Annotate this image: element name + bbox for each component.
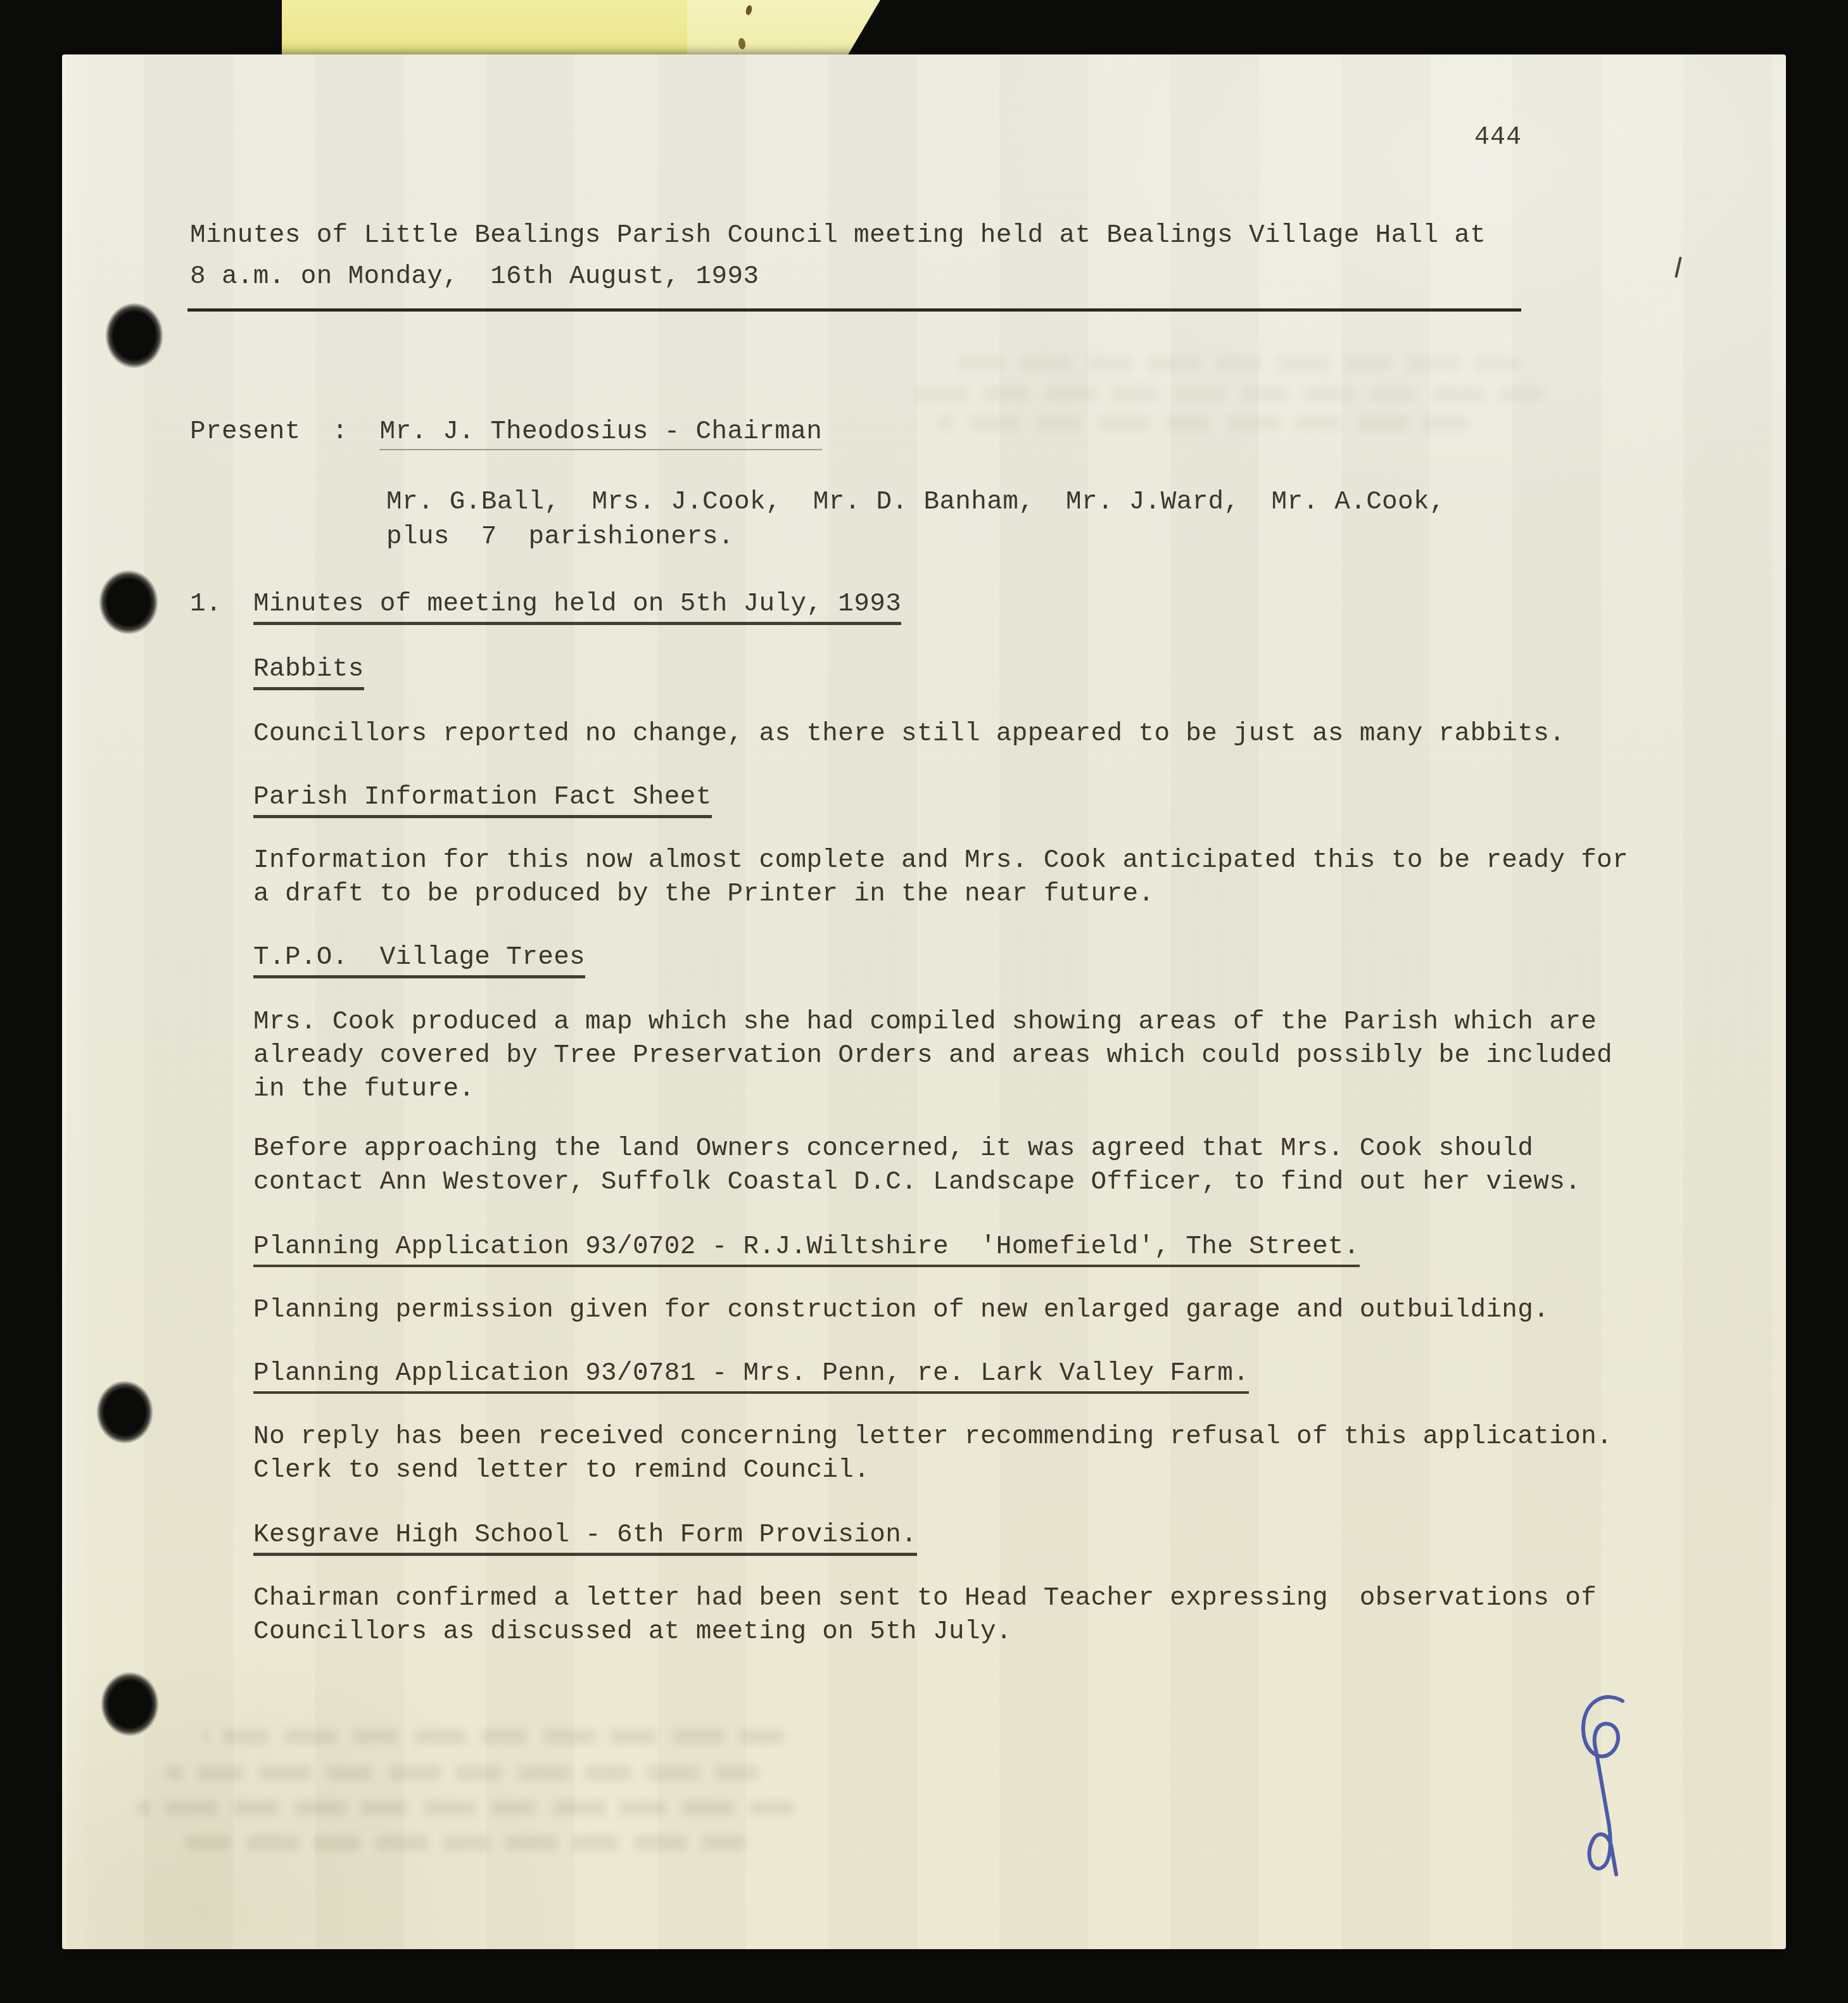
page-number: 444 bbox=[1474, 125, 1522, 151]
section-heading-text: Planning Application 93/0702 - R.J.Wilts… bbox=[253, 1234, 1360, 1267]
hole-punch-2 bbox=[99, 570, 158, 635]
chairman-name: Mr. J. Theodosius - Chairman bbox=[379, 419, 822, 450]
item-heading: Minutes of meeting held on 5th July, 199… bbox=[253, 591, 901, 625]
bleedthrough-line bbox=[184, 1835, 747, 1850]
signature-ink bbox=[1559, 1690, 1645, 1880]
body-line: Chairman confirmed a letter had been sen… bbox=[253, 1586, 1597, 1612]
body-line: Information for this now almost complete… bbox=[253, 848, 1628, 874]
item-heading-text: Minutes of meeting held on 5th July, 199… bbox=[253, 591, 901, 625]
body-line: contact Ann Westover, Suffolk Coastal D.… bbox=[253, 1170, 1581, 1196]
body-line: Councillors as discussed at meeting on 5… bbox=[253, 1619, 1012, 1645]
section-heading-planning-0781: Planning Application 93/0781 - Mrs. Penn… bbox=[253, 1361, 1249, 1394]
section-heading-text: Planning Application 93/0781 - Mrs. Penn… bbox=[253, 1361, 1249, 1394]
body-line: already covered by Tree Preservation Ord… bbox=[253, 1043, 1612, 1069]
document-page: 444 Minutes of Little Bealings Parish Co… bbox=[62, 54, 1786, 1949]
document-title-line-1: Minutes of Little Bealings Parish Counci… bbox=[190, 223, 1486, 249]
bleedthrough-line bbox=[937, 415, 1469, 431]
attendees-line-1: Mr. G.Ball, Mrs. J.Cook, Mr. D. Banham, … bbox=[386, 490, 1445, 515]
section-heading-text: Parish Information Fact Sheet bbox=[253, 785, 712, 818]
item-number: 1. bbox=[190, 591, 222, 617]
body-line: Mrs. Cook produced a map which she had c… bbox=[253, 1009, 1597, 1035]
section-heading-text: Kesgrave High School - 6th Form Provisio… bbox=[253, 1522, 917, 1556]
bleedthrough-line bbox=[203, 1729, 785, 1744]
body-line: Councillors reported no change, as there… bbox=[253, 721, 1565, 747]
attendees-line-2: plus 7 parishioners. bbox=[386, 524, 734, 550]
scanned-document: 444 Minutes of Little Bealings Parish Co… bbox=[0, 0, 1848, 2003]
body-line: No reply has been received concerning le… bbox=[253, 1424, 1612, 1450]
section-heading-text: T.P.O. Village Trees bbox=[253, 945, 585, 978]
present-label: Present : bbox=[190, 417, 379, 446]
body-line: Before approaching the land Owners conce… bbox=[253, 1136, 1533, 1162]
body-line: a draft to be produced by the Printer in… bbox=[253, 881, 1154, 907]
bleedthrough-line bbox=[912, 386, 1545, 401]
document-title-line-2: 8 a.m. on Monday, 16th August, 1993 bbox=[190, 264, 759, 290]
section-heading-fact-sheet: Parish Information Fact Sheet bbox=[253, 785, 712, 818]
hole-punch-3 bbox=[96, 1381, 153, 1444]
bleedthrough-line bbox=[950, 356, 1520, 371]
body-line: Planning permission given for constructi… bbox=[253, 1298, 1549, 1324]
body-line: in the future. bbox=[253, 1077, 474, 1103]
sticky-note bbox=[282, 0, 703, 56]
bleedthrough-line bbox=[136, 1800, 795, 1816]
section-heading-text: Rabbits bbox=[253, 657, 364, 690]
sticky-note-corner bbox=[687, 0, 880, 59]
signature-scribble bbox=[1559, 1690, 1645, 1880]
present-line: Present : Mr. J. Theodosius - Chairman bbox=[190, 419, 822, 450]
body-line: Clerk to send letter to remind Council. bbox=[253, 1458, 870, 1484]
title-rule bbox=[187, 308, 1521, 312]
section-heading-kesgrave: Kesgrave High School - 6th Form Provisio… bbox=[253, 1522, 917, 1556]
hole-punch-1 bbox=[105, 303, 163, 369]
section-heading-tpo: T.P.O. Village Trees bbox=[253, 945, 585, 978]
hole-punch-4 bbox=[101, 1672, 159, 1736]
bleedthrough-line bbox=[165, 1766, 760, 1781]
section-heading-rabbits: Rabbits bbox=[253, 657, 364, 690]
section-heading-planning-0702: Planning Application 93/0702 - R.J.Wilts… bbox=[253, 1234, 1360, 1267]
stray-pen-mark bbox=[1674, 256, 1682, 278]
